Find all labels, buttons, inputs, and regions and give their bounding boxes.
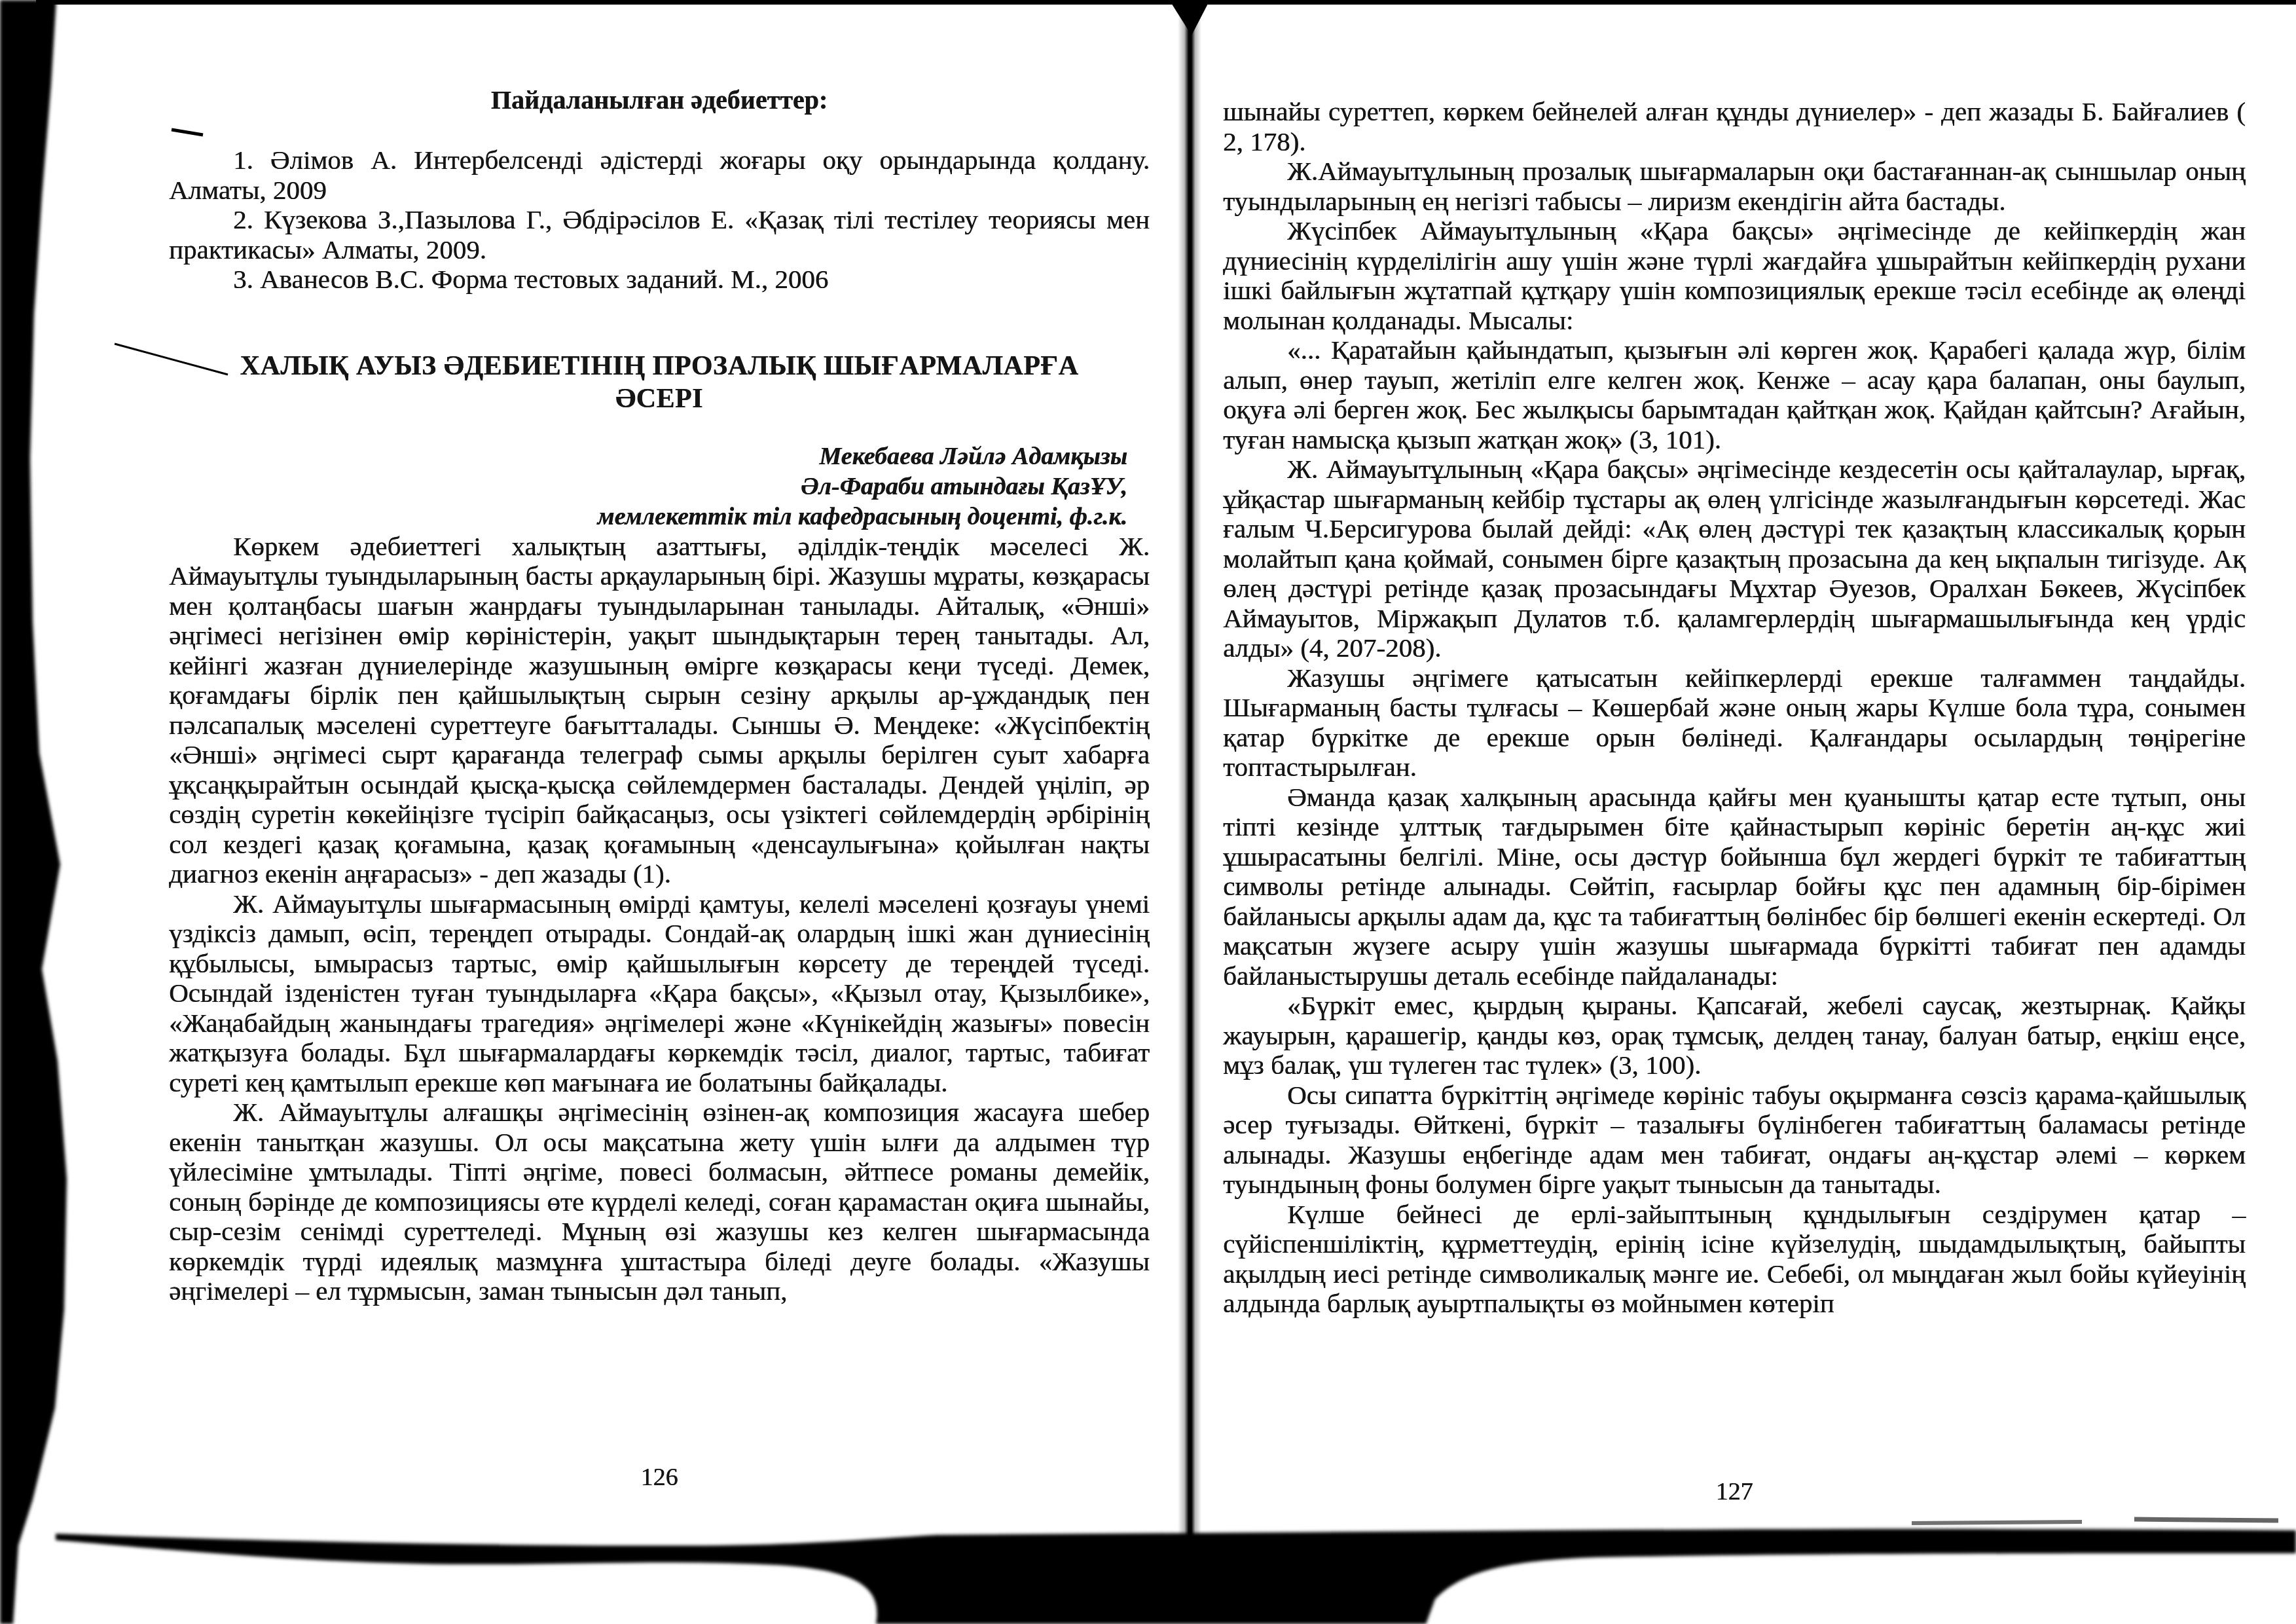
author-position: мемлекеттік тіл кафедрасының доценті, ф.… <box>169 502 1127 532</box>
reference-item-3: 3. Аванесов В.С. Форма тестовых заданий.… <box>169 265 1150 295</box>
page-number-right: 127 <box>1223 1477 2246 1506</box>
body-paragraph: Ж. Аймауытұлының «Қара бақсы» әңгімесінд… <box>1223 454 2246 663</box>
article-title: ХАЛЫҚ АУЫЗ ӘДЕБИЕТІНІҢ ПРОЗАЛЫҚ ШЫҒАРМАЛ… <box>237 350 1082 415</box>
reference-item-2: 2. Күзекова З.,Пазылова Г., Әбдірәсілов … <box>169 205 1150 265</box>
right-page: шынайы суреттеп, көркем бейнелей алған қ… <box>1223 97 2246 1319</box>
book-gutter-shadow <box>1178 4 1201 1549</box>
body-paragraph: Жүсіпбек Аймауытұлының «Қара бақсы» әңгі… <box>1223 216 2246 335</box>
body-paragraph: Ж.Аймауытұлының прозалық шығармаларын оқ… <box>1223 157 2246 216</box>
scanned-book-spread: Пайдаланылған әдебиеттер: 1. Әлімов А. И… <box>0 0 2296 1624</box>
page-number-left: 126 <box>169 1463 1150 1492</box>
body-paragraph: Ж. Аймауытұлы шығармасының өмірді қамтуы… <box>169 889 1150 1098</box>
body-paragraph: Жазушы әңгімеге қатысатын кейіпкерлерді … <box>1223 663 2246 783</box>
author-affiliation: Әл-Фараби атындағы ҚазҰУ, <box>169 471 1127 502</box>
reference-item-1: 1. Әлімов А. Интербелсенді әдістерді жоғ… <box>169 145 1150 205</box>
author-byline: Мекебаева Ләйлә Адамқызы Әл-Фараби атынд… <box>169 441 1127 532</box>
body-paragraph: шынайы суреттеп, көркем бейнелей алған қ… <box>1223 97 2246 157</box>
bottom-scan-shadow <box>56 1529 2296 1624</box>
left-page: Пайдаланылған әдебиеттер: 1. Әлімов А. И… <box>169 84 1150 1306</box>
body-paragraph: Әманда қазақ халқының арасында қайғы мен… <box>1223 783 2246 991</box>
body-paragraph: «Бүркіт емес, қырдың қыраны. Қапсағай, ж… <box>1223 991 2246 1080</box>
shadow-speckle <box>1912 1522 2082 1523</box>
body-paragraph: Ж. Аймауытұлы алғашқы әңгімесінің өзінен… <box>169 1098 1150 1306</box>
left-edge-scan-artifact <box>0 0 67 1624</box>
body-paragraph: Көркем әдебиеттегі халықтың азаттығы, әд… <box>169 532 1150 889</box>
top-edge-scan-line <box>36 0 2296 5</box>
body-paragraph: Осы сипатта бүркіттің әңгімеде көрініс т… <box>1223 1080 2246 1200</box>
body-paragraph: Күлше бейнесі де ерлі-зайыптының құндылы… <box>1223 1200 2246 1319</box>
references-heading: Пайдаланылған әдебиеттер: <box>169 84 1150 117</box>
body-paragraph: «... Қаратайын қайындатып, қызығын әлі к… <box>1223 335 2246 454</box>
shadow-speckle <box>2134 1519 2278 1521</box>
author-name: Мекебаева Ләйлә Адамқызы <box>169 441 1127 471</box>
